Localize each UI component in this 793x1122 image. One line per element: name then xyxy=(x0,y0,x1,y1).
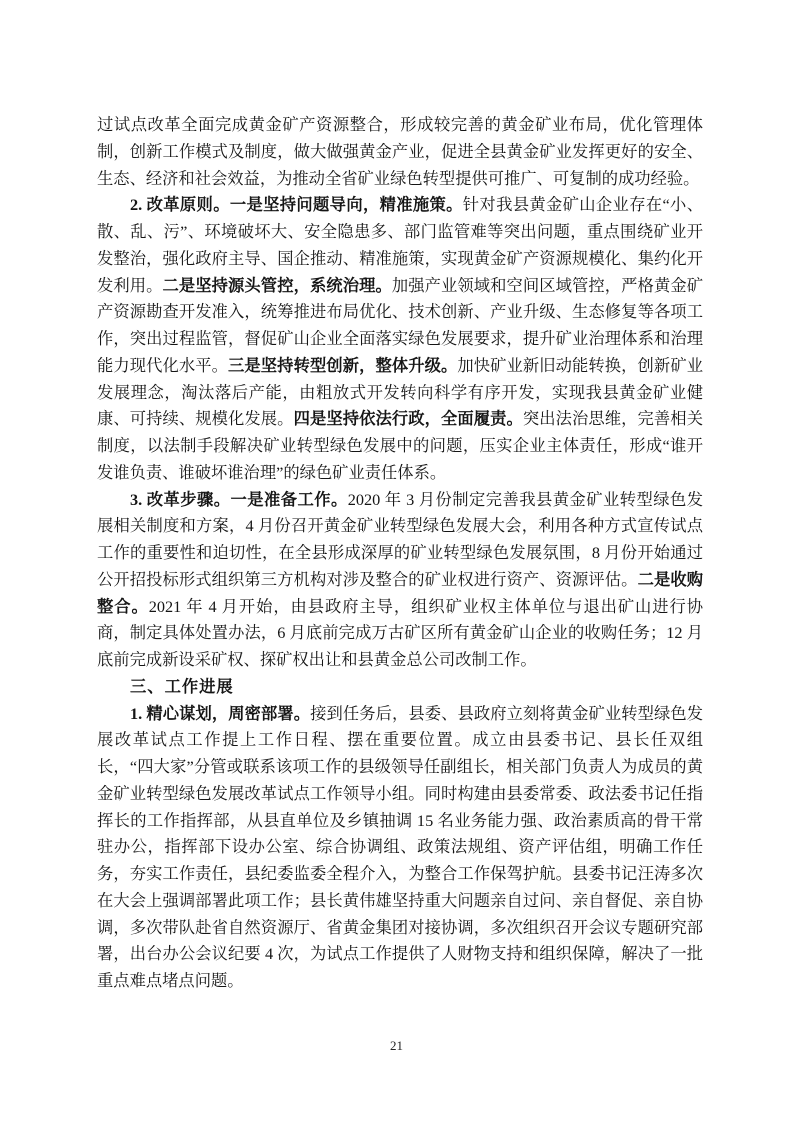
bold-text-run: 二是坚持源头管控，系统治理。 xyxy=(163,276,392,295)
page-number: 21 xyxy=(0,1038,793,1054)
bold-text-run: 三是坚持转型创新，整体升级。 xyxy=(228,356,457,375)
bold-text-run: 三、工作进展 xyxy=(130,677,234,696)
bold-text-run: 四是坚持依法行政，全面履责。 xyxy=(294,409,523,428)
paragraph: 2. 改革原则。一是坚持问题导向，精准施策。针对我县黄金矿山企业存在“小、散、乱… xyxy=(97,192,703,486)
section-heading: 三、工作进展 xyxy=(97,674,703,701)
bold-text-run: 3. 改革步骤。一是准备工作。 xyxy=(130,490,348,509)
paragraph: 1. 精心谋划，周密部署。接到任务后，县委、县政府立刻将黄金矿业转型绿色发展改革… xyxy=(97,701,703,995)
document-page: 过试点改革全面完成黄金矿产资源整合，形成较完善的黄金矿业布局，优化管理体制，创新… xyxy=(0,0,793,1122)
document-body: 过试点改革全面完成黄金矿产资源整合，形成较完善的黄金矿业布局，优化管理体制，创新… xyxy=(97,112,703,995)
text-run: 接到任务后，县委、县政府立刻将黄金矿业转型绿色发展改革试点工作提上工作日程、摆在… xyxy=(97,704,703,991)
paragraph: 过试点改革全面完成黄金矿产资源整合，形成较完善的黄金矿业布局，优化管理体制，创新… xyxy=(97,112,703,192)
text-run: 2021 年 4 月开始，由县政府主导，组织矿业权主体单位与退出矿山进行协商，制… xyxy=(97,597,703,670)
bold-text-run: 2. 改革原则。一是坚持问题导向，精准施策。 xyxy=(130,195,463,214)
text-run: 过试点改革全面完成黄金矿产资源整合，形成较完善的黄金矿业布局，优化管理体制，创新… xyxy=(97,115,703,188)
bold-text-run: 1. 精心谋划，周密部署。 xyxy=(130,704,310,723)
paragraph: 3. 改革步骤。一是准备工作。2020 年 3 月份制定完善我县黄金矿业转型绿色… xyxy=(97,487,703,674)
